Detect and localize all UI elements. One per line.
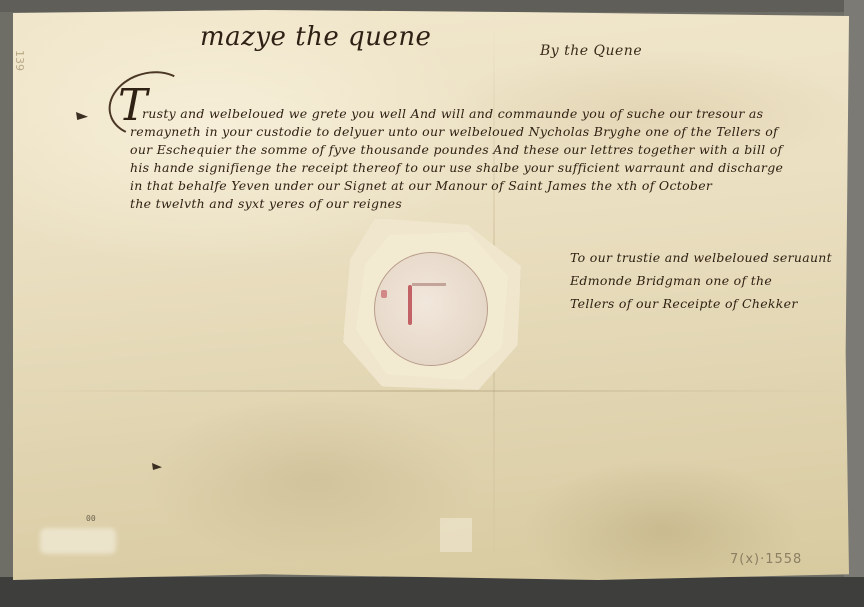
repair-patch bbox=[440, 518, 472, 552]
body-line: rusty and welbeloued we grete you well A… bbox=[130, 105, 850, 123]
body-line: in that behalfe Yeven under our Signet a… bbox=[130, 177, 850, 195]
stamp-mark: 00 bbox=[86, 514, 96, 523]
seal-wax-trace bbox=[381, 290, 387, 298]
seal-wax-trace bbox=[408, 285, 412, 325]
fold-line-horizontal bbox=[13, 390, 849, 392]
sign-manual: By the Quene bbox=[540, 43, 642, 59]
scan-background-bottom bbox=[0, 577, 864, 607]
seal-impression-line bbox=[412, 283, 446, 286]
address-line: Edmonde Bridgman one of the bbox=[570, 269, 832, 292]
folio-number: 139 bbox=[13, 50, 26, 71]
body-line: our Eschequier the somme of fyve thousan… bbox=[130, 141, 850, 159]
archive-reference: 7(x)·1558 bbox=[730, 552, 802, 567]
address-line: Tellers of our Receipte of Chekker bbox=[570, 292, 832, 315]
superscription: mazye the quene bbox=[200, 22, 431, 52]
scan-background-top bbox=[0, 0, 864, 12]
address-block: To our trustie and welbeloued seruaunt E… bbox=[570, 246, 832, 315]
warrant-body: rusty and welbeloued we grete you well A… bbox=[130, 105, 850, 213]
seal-icon bbox=[374, 252, 488, 366]
faded-stamp bbox=[40, 528, 116, 554]
body-line: the twelvth and syxt yeres of our reigne… bbox=[130, 195, 850, 213]
body-line: his hande signifienge the receipt thereo… bbox=[130, 159, 850, 177]
body-line: remayneth in your custodie to delyuer un… bbox=[130, 123, 850, 141]
address-line: To our trustie and welbeloued seruaunt bbox=[570, 246, 832, 269]
